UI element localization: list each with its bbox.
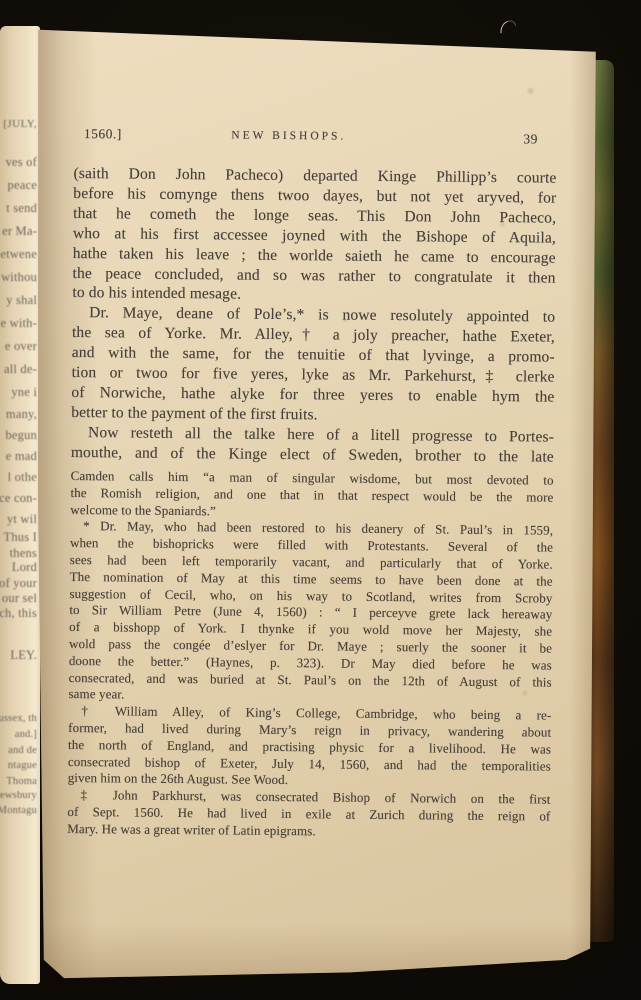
footnotes: Camden calls him “a man of singular wisd…: [67, 468, 554, 842]
left-page-fragment: peace: [8, 178, 37, 193]
previous-page-edge: [JULY,ves ofpeacet sender Ma-etwenewitho…: [0, 26, 40, 984]
left-page-fragment: Thus I: [4, 530, 38, 545]
photo-of-book: { "colors":{ "background":"#0e0b07", "pa…: [0, 0, 641, 1000]
left-page-fragment: all de-: [4, 362, 37, 377]
left-page-fragment: y shal: [6, 293, 37, 308]
left-page-fragment: thens: [10, 546, 37, 561]
left-page-fragment: Lord: [12, 560, 37, 575]
left-page-fragment: of your: [0, 576, 37, 591]
thread-fiber: [497, 18, 519, 42]
left-page-fragment: and de: [8, 745, 37, 756]
left-page-fragment: ch, this: [0, 606, 37, 621]
body-line: mouthe, and of the Kinge elect of Sweden…: [71, 443, 554, 468]
left-page-fragment: ce con-: [0, 491, 37, 506]
left-page-fragment: l othe: [8, 470, 37, 485]
header-page-number: 39: [523, 131, 538, 147]
left-page-fragment: our sel: [2, 591, 37, 606]
page-text-area: 1560.] NEW BISHOPS. 39 (saith Don John P…: [74, 126, 557, 153]
header-title: NEW BISHOPS.: [231, 130, 346, 143]
left-page-fragment: and.]: [15, 729, 37, 740]
left-page-fragment: etwene: [0, 247, 37, 262]
left-page-fragment: yne i: [11, 385, 37, 400]
left-page-fragment: ves of: [6, 155, 37, 170]
left-page-fragment: ntague: [8, 760, 37, 771]
running-header: 1560.] NEW BISHOPS. 39: [74, 126, 557, 153]
left-page-fragment: yt wil: [7, 512, 37, 527]
left-page-fragment: LEY.: [10, 648, 37, 663]
left-page-fragment: Sussex, th: [0, 713, 37, 724]
left-page-fragment: er Ma-: [2, 224, 37, 239]
left-page-fragment: t send: [6, 201, 37, 216]
left-page-fragment: [JULY,: [3, 118, 37, 130]
left-page-fragment: rewsbury: [0, 790, 37, 801]
left-page-fragment: Montagu: [0, 805, 37, 816]
left-page-fragment: e with-: [1, 316, 37, 331]
body-text: (saith Don John Pacheco) departed Kinge …: [71, 164, 557, 467]
book-page: 1560.] NEW BISHOPS. 39 (saith Don John P…: [36, 24, 598, 980]
left-page-fragment: withou: [1, 270, 37, 285]
left-page-fragment: e over: [5, 339, 37, 354]
left-page-fragment: e mad: [6, 449, 37, 464]
left-page-fragment: begun: [5, 428, 37, 443]
header-year: 1560.]: [84, 126, 122, 142]
left-page-fragment: many,: [6, 407, 37, 422]
left-page-fragment: Thoma: [6, 776, 37, 787]
